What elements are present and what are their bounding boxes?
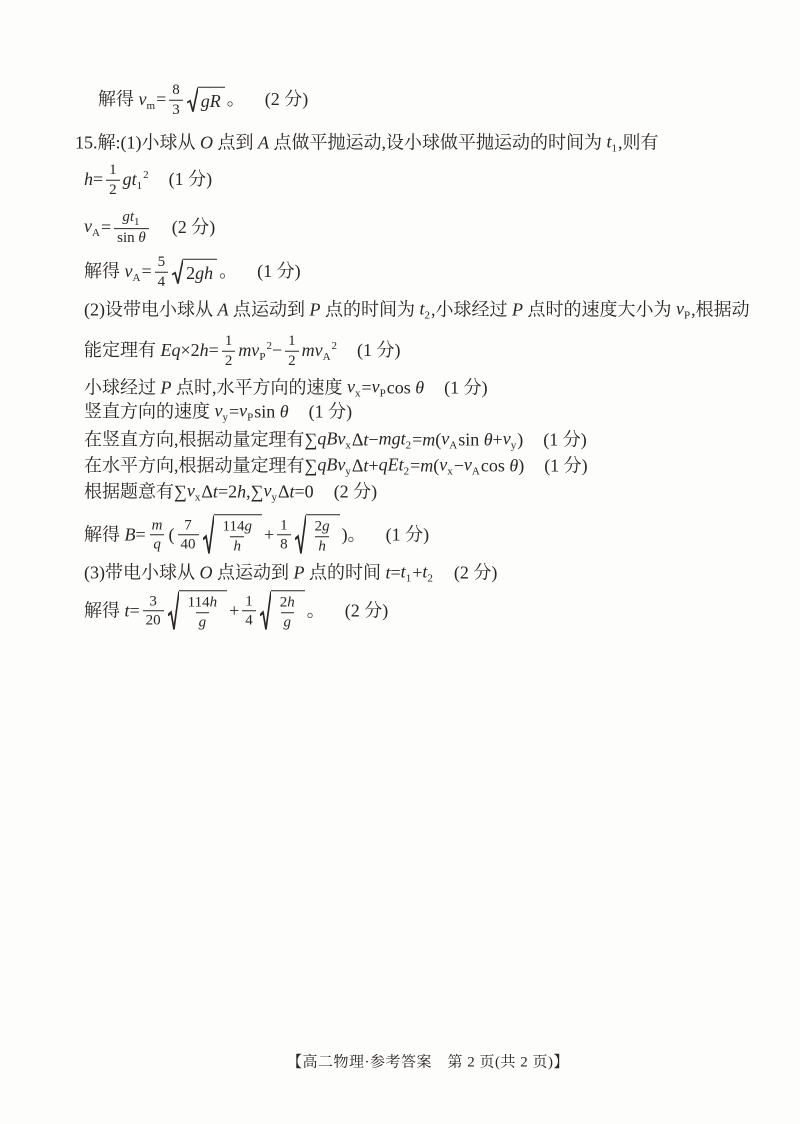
math-text: 点的时间 <box>305 562 386 584</box>
answer-line-q15-part1-intro: 15.解:(1)小球从 O 点到 A 点做平抛运动,设小球做平抛运动的时间为 t… <box>75 132 659 155</box>
subscript: y <box>511 440 517 452</box>
math-fraction: 12 <box>106 161 120 200</box>
math-variable: h <box>84 169 93 191</box>
subscript: P <box>380 388 386 400</box>
math-text: = <box>101 217 111 239</box>
math-fraction: 18 <box>277 516 291 555</box>
answer-line-b-result: 解得 B=mq(740114gh+182gh)。(1 分) <box>84 514 429 556</box>
math-variable: g <box>322 517 330 536</box>
math-text: 。 <box>307 600 325 622</box>
fraction-numerator: 114h <box>185 593 220 612</box>
math-text: 解得 <box>84 524 125 546</box>
subscript: A <box>92 228 100 240</box>
math-variable: qBvx <box>317 429 351 452</box>
subscript: 2 <box>406 440 412 452</box>
subscript: x <box>195 492 201 504</box>
math-variable: O <box>200 562 213 584</box>
math-radical: 2gh <box>172 259 217 285</box>
fraction-denominator: q <box>150 535 164 555</box>
math-text: 1 <box>225 332 233 351</box>
math-text: 2 <box>315 517 323 536</box>
fraction-denominator: 2 <box>106 180 120 200</box>
answer-line-part2-intro: (2)设带电小球从 A 点运动到 P 点的时间为 t2,小球经过 P 点时的速度… <box>84 299 750 322</box>
math-text: cos <box>481 455 510 477</box>
math-text: − <box>368 429 378 451</box>
math-variable: t2 <box>420 299 432 322</box>
math-text: 点做平抛运动,设小球做平抛运动的时间为 <box>269 132 607 154</box>
math-text: 20 <box>146 612 161 631</box>
math-text: 2 <box>225 352 233 371</box>
math-text: 竖直方向的速度 <box>84 401 215 423</box>
math-variable: q <box>153 536 161 555</box>
fraction-numerator: 8 <box>169 81 183 100</box>
math-text: 。 <box>227 89 245 111</box>
math-fraction: 54 <box>155 253 169 292</box>
math-text: 小球经过 <box>84 377 161 399</box>
math-text: 2 <box>109 181 117 200</box>
math-variable: θ <box>138 229 145 248</box>
answer-line-eq-h: h=12gt12(1 分) <box>84 161 212 200</box>
score-label: (1 分) <box>544 455 588 477</box>
math-text: Δ <box>201 481 213 503</box>
math-variable: θ <box>509 455 518 477</box>
math-text: 2 <box>288 352 296 371</box>
radicand: 2gh <box>183 259 217 285</box>
math-variable: gt1 <box>122 208 140 228</box>
fraction-denominator: 40 <box>178 535 199 555</box>
math-text: cos <box>387 377 416 399</box>
math-variable: vy <box>263 481 278 504</box>
math-text: 点时的速度大小为 <box>523 299 676 321</box>
math-text: ∑ <box>174 481 187 503</box>
radicand: 2hg <box>271 590 305 632</box>
math-text: = <box>391 562 401 584</box>
subscript: x <box>355 388 361 400</box>
math-variable: vA <box>125 261 142 284</box>
fraction-denominator: sin θ <box>114 228 149 248</box>
math-text: sin <box>458 429 484 451</box>
math-variable: g <box>244 517 252 536</box>
subscript: y <box>223 412 229 424</box>
math-variable: h <box>318 537 326 556</box>
math-text: = <box>136 524 146 546</box>
fraction-denominator: 4 <box>155 272 169 292</box>
radicand: 114gh <box>214 514 262 556</box>
math-radical: 2gh <box>295 514 340 556</box>
math-variable: qBvy <box>317 455 351 478</box>
superscript: 2 <box>143 169 149 181</box>
radicand: 114hg <box>179 590 227 632</box>
fraction-numerator: 3 <box>146 592 160 611</box>
fraction-numerator: 1 <box>285 332 299 351</box>
math-fraction: 12 <box>222 332 236 371</box>
math-variable: h <box>237 481 246 503</box>
math-variable: qEt2 <box>379 455 411 478</box>
fraction-numerator: 2h <box>277 593 298 612</box>
fraction-denominator: g <box>196 612 210 632</box>
fraction-denominator: 2 <box>285 351 299 371</box>
math-text: Δ <box>352 455 364 477</box>
fraction-numerator: 1 <box>242 592 256 611</box>
math-text: = <box>130 600 140 622</box>
answer-line-t-result: 解得 t=320114hg+142hg。(2 分) <box>84 590 388 632</box>
fraction-denominator: 20 <box>143 611 164 631</box>
math-text: 15.解:(1)小球从 <box>75 132 200 154</box>
math-text: 在竖直方向,根据动量定理有 <box>84 429 305 451</box>
sqrt-symbol <box>260 590 271 632</box>
subscript: P <box>684 310 690 322</box>
fraction-denominator: h <box>315 536 329 556</box>
math-text: (3)带电小球从 <box>84 562 200 584</box>
math-variable: vx <box>439 455 454 478</box>
math-variable: vA <box>441 429 458 452</box>
math-variable: vP <box>676 299 691 322</box>
score-label: (1 分) <box>257 261 301 283</box>
score-label: (2 分) <box>265 89 309 111</box>
subscript: m <box>147 100 156 112</box>
math-text: 解得 <box>98 89 139 111</box>
math-text: 1 <box>245 592 253 611</box>
math-variable: P <box>161 377 172 399</box>
math-fraction: 114gh <box>220 517 255 556</box>
math-variable: O <box>200 132 213 154</box>
math-text: ×2 <box>181 340 200 362</box>
math-fraction: 83 <box>169 81 183 120</box>
score-label: (2 分) <box>454 562 498 584</box>
answer-line-momentum-horizontal: 在水平方向,根据动量定理有∑qBvyΔt+qEt2=m(vx−vAcos θ)(… <box>84 455 588 478</box>
subscript: A <box>472 466 480 478</box>
math-variable: vA <box>464 455 481 478</box>
math-text: 2 <box>280 593 288 612</box>
math-variable: t1 <box>607 132 619 155</box>
math-text: ∑ <box>305 429 318 451</box>
math-variable: vP <box>372 377 387 400</box>
math-variable: t1 <box>401 562 413 585</box>
answer-line-energy-theorem: 能定理有 Eq×2h=12mvP2−12mvA2(1 分) <box>84 332 401 371</box>
sqrt-symbol <box>187 87 198 113</box>
math-radical: 114hg <box>168 590 227 632</box>
subscript: 2 <box>427 573 433 585</box>
answer-line-momentum-vertical: 在竖直方向,根据动量定理有∑qBvxΔt−mgt2=m(vAsin θ+vy)(… <box>84 429 587 452</box>
math-variable: B <box>125 524 136 546</box>
math-variable: vm <box>139 89 157 112</box>
sqrt-symbol <box>295 514 306 556</box>
math-variable: vx <box>347 377 362 400</box>
math-variable: m <box>420 455 433 477</box>
math-text: ,则有 <box>618 132 659 154</box>
math-variable: P <box>512 299 523 321</box>
subscript: x <box>447 466 453 478</box>
math-text: 点到 <box>213 132 258 154</box>
fraction-numerator: 1 <box>222 332 236 351</box>
math-fraction: 320 <box>143 592 164 631</box>
math-variable: gh <box>195 263 213 285</box>
math-fraction: 12 <box>285 332 299 371</box>
math-variable: θ <box>280 401 289 423</box>
math-variable: h <box>287 593 295 612</box>
math-text: Δ <box>352 429 364 451</box>
math-variable: h <box>200 340 209 362</box>
math-variable: g <box>284 613 292 632</box>
math-variable: P <box>294 562 305 584</box>
fraction-denominator: 2 <box>222 351 236 371</box>
math-text: = <box>93 169 103 191</box>
math-text: 1 <box>280 516 288 535</box>
math-text: 能定理有 <box>84 340 161 362</box>
math-text: ,根据动 <box>691 299 750 321</box>
math-text: 7 <box>184 516 192 535</box>
math-text: = <box>141 261 151 283</box>
answer-line-va-result: 解得 vA=542gh。(1 分) <box>84 253 301 292</box>
math-text: 点时,水平方向的速度 <box>172 377 348 399</box>
math-variable: P <box>310 299 321 321</box>
math-text: sin <box>254 401 280 423</box>
math-fraction: 114hg <box>185 593 220 632</box>
superscript: 2 <box>332 340 338 352</box>
subscript: 1 <box>612 143 618 155</box>
subscript: 1 <box>134 216 140 228</box>
math-text: (2)设带电小球从 <box>84 299 218 321</box>
math-variable: Eq <box>161 340 181 362</box>
math-variable: vy <box>503 429 518 452</box>
math-text: + <box>229 600 239 622</box>
math-variable: gR <box>201 91 221 113</box>
fraction-numerator: m <box>149 516 166 535</box>
math-variable: t2 <box>422 562 434 585</box>
math-text: = <box>229 401 239 423</box>
math-variable: mgt2 <box>379 429 413 452</box>
subscript: x <box>345 440 351 452</box>
subscript: A <box>133 272 141 284</box>
subscript: P <box>247 412 253 424</box>
math-text: 114 <box>223 517 245 536</box>
math-variable: vP <box>239 401 254 424</box>
sqrt-symbol <box>172 259 183 285</box>
math-radical: 114gh <box>203 514 262 556</box>
math-text: 点运动到 <box>229 299 310 321</box>
math-text: 1 <box>109 161 117 180</box>
score-label: (2 分) <box>172 217 216 239</box>
math-text: 解得 <box>84 600 125 622</box>
fraction-denominator: 3 <box>169 100 183 120</box>
math-radical: gR <box>187 87 225 113</box>
subscript: P <box>259 351 265 363</box>
math-text: =0 <box>295 481 314 503</box>
math-text: = <box>412 429 422 451</box>
math-text: 3 <box>172 101 180 120</box>
math-fraction: 2gh <box>312 517 333 556</box>
score-label: (1 分) <box>357 340 401 362</box>
math-text: 1 <box>288 332 296 351</box>
fraction-numerator: 2g <box>312 517 333 536</box>
score-label: (1 分) <box>386 524 430 546</box>
fraction-numerator: 1 <box>277 516 291 535</box>
math-text: 根据题意有 <box>84 481 174 503</box>
math-text: + <box>412 562 422 584</box>
math-variable: θ <box>415 377 424 399</box>
math-variable: θ <box>484 429 493 451</box>
fraction-numerator: 1 <box>106 161 120 180</box>
math-text: + <box>493 429 503 451</box>
math-text: =2 <box>218 481 237 503</box>
math-text: = <box>362 377 372 399</box>
math-text: ( <box>169 524 175 546</box>
math-text: 40 <box>181 536 196 555</box>
subscript: A <box>323 351 331 363</box>
subscript: 1 <box>137 180 143 192</box>
math-text: 点运动到 <box>213 562 294 584</box>
math-variable: mvP2 <box>238 340 272 363</box>
math-text: ) <box>518 455 524 477</box>
math-variable: gt12 <box>123 169 149 192</box>
fraction-numerator: gt1 <box>119 208 143 228</box>
math-text: ∑ <box>251 481 264 503</box>
score-label: (1 分) <box>444 377 488 399</box>
score-label: (2 分) <box>334 481 378 503</box>
math-fraction: mq <box>149 516 166 555</box>
score-label: (1 分) <box>543 429 587 451</box>
math-variable: vx <box>187 481 202 504</box>
math-text: )。 <box>342 524 366 546</box>
math-text: 2 <box>186 263 195 285</box>
answer-line-vx: 小球经过 P 点时,水平方向的速度 vx=vPcos θ(1 分) <box>84 377 488 400</box>
score-label: (1 分) <box>169 169 213 191</box>
math-variable: A <box>218 299 229 321</box>
math-variable: A <box>258 132 269 154</box>
answer-line-eq-va: vA=gt1sin θ(2 分) <box>84 208 215 248</box>
sqrt-symbol <box>203 514 214 556</box>
math-text: − <box>454 455 464 477</box>
sqrt-symbol <box>168 590 179 632</box>
answer-line-conditions: 根据题意有∑vxΔt=2h,∑vyΔt=0(2 分) <box>84 481 377 504</box>
answer-line-vy: 竖直方向的速度 vy=vPsin θ(1 分) <box>84 401 352 424</box>
radicand: 2gh <box>306 514 340 556</box>
math-text: 8 <box>280 536 288 555</box>
math-radical: 2hg <box>260 590 305 632</box>
math-text: ,小球经过 <box>431 299 512 321</box>
fraction-numerator: 114g <box>220 517 255 536</box>
math-text: 3 <box>149 592 157 611</box>
math-fraction: gt1sin θ <box>114 208 149 248</box>
math-text: sin <box>117 229 138 248</box>
math-text: − <box>272 340 282 362</box>
math-variable: h <box>233 537 241 556</box>
math-text: 4 <box>158 273 166 292</box>
answer-line-14-final: 解得 vm=83gR。(2 分) <box>98 81 308 120</box>
fraction-denominator: 4 <box>242 611 256 631</box>
math-variable: mvA2 <box>302 340 337 363</box>
subscript: A <box>449 440 457 452</box>
subscript: y <box>345 466 351 478</box>
math-variable: vy <box>215 401 230 424</box>
math-text: + <box>368 455 378 477</box>
math-text: 解得 <box>84 261 125 283</box>
math-fraction: 2hg <box>277 593 298 632</box>
math-variable: g <box>199 613 207 632</box>
math-text: 8 <box>172 81 180 100</box>
fraction-numerator: 5 <box>155 253 169 272</box>
math-text: = <box>156 89 166 111</box>
fraction-denominator: h <box>230 536 244 556</box>
math-text: 4 <box>245 612 253 631</box>
subscript: 2 <box>425 310 431 322</box>
math-text: = <box>410 455 420 477</box>
math-variable: m <box>422 429 435 451</box>
score-label: (1 分) <box>309 401 353 423</box>
math-text: 5 <box>158 253 166 272</box>
math-text: Δ <box>278 481 290 503</box>
math-text: + <box>264 524 274 546</box>
fraction-denominator: 8 <box>277 535 291 555</box>
math-variable: m <box>152 516 163 535</box>
math-text: 点的时间为 <box>321 299 420 321</box>
math-text: ∑ <box>305 455 318 477</box>
math-text: 。 <box>219 261 237 283</box>
math-text: 114 <box>188 593 210 612</box>
math-variable: h <box>210 593 218 612</box>
subscript: y <box>271 492 277 504</box>
subscript: 2 <box>404 466 410 478</box>
radicand: gR <box>198 87 225 113</box>
math-text: = <box>209 340 219 362</box>
math-text: 在水平方向,根据动量定理有 <box>84 455 305 477</box>
math-variable: vA <box>84 217 101 240</box>
fraction-denominator: g <box>281 612 295 632</box>
math-fraction: 740 <box>178 516 199 555</box>
answer-line-part3-intro: (3)带电小球从 O 点运动到 P 点的时间 t=t1+t2(2 分) <box>84 562 497 585</box>
document-page: 解得 vm=83gR。(2 分) 15.解:(1)小球从 O 点到 A 点做平抛… <box>0 0 800 1124</box>
fraction-numerator: 7 <box>181 516 195 535</box>
math-fraction: 14 <box>242 592 256 631</box>
math-text: ) <box>517 429 523 451</box>
subscript: 1 <box>406 573 412 585</box>
score-label: (2 分) <box>345 600 389 622</box>
page-footer: 【高二物理·参考答案 第 2 页(共 2 页)】 <box>56 1051 800 1072</box>
